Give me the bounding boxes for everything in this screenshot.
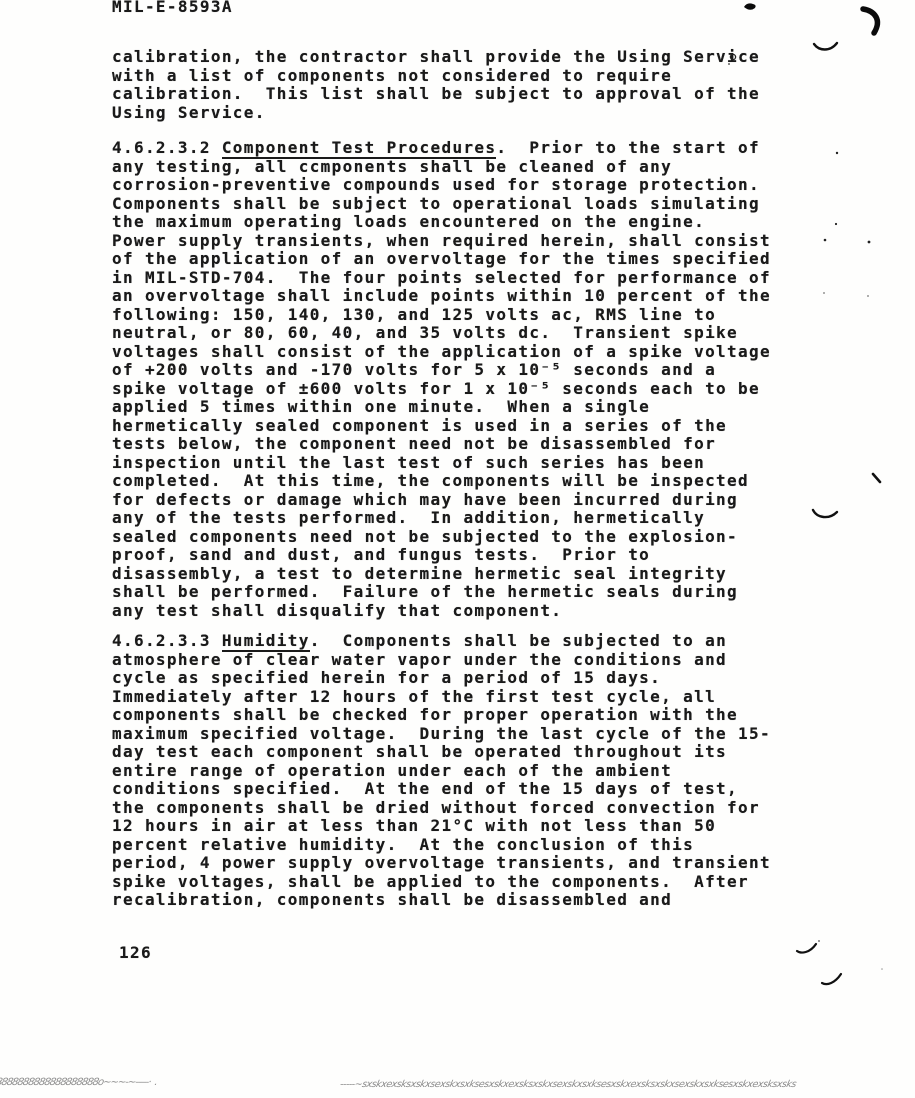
speck-dot-faint [823, 292, 825, 294]
section-body: . Components shall be subjected to an at… [112, 631, 771, 909]
pen-smile-mark-middle [813, 510, 837, 517]
paragraph-calibration-continuation: calibration, the contractor shall provid… [112, 48, 760, 122]
pen-curve-top-right [863, 9, 877, 33]
speck-dot [868, 241, 871, 244]
speck-dot-faint [881, 968, 883, 970]
pen-curve-bottom-right-1 [797, 944, 816, 953]
speck-dot [835, 223, 837, 225]
page-number: 126 [119, 944, 152, 963]
document-page: MIL-E-8593A calibration, the contractor … [0, 0, 915, 1098]
pen-tick-mark [873, 474, 880, 482]
pen-curve-bottom-right-2 [822, 974, 841, 984]
scan-artifact-scribble-left: 8888888888888888888o~~~-~-----· . [0, 1077, 197, 1088]
section-4-6-2-3-3: 4.6.2.3.3 Humidity. Components shall be … [112, 632, 771, 910]
document-id-header: MIL-E-8593A [112, 0, 233, 17]
section-body: . Prior to the start of any testing, all… [112, 138, 771, 620]
section-4-6-2-3-2: 4.6.2.3.2 Component Test Procedures. Pri… [112, 139, 771, 620]
speck-dot-faint [818, 940, 820, 942]
section-number: 4.6.2.3.3 [112, 631, 222, 650]
speck-dot-faint [867, 295, 869, 297]
speck-dot [824, 239, 827, 242]
section-number: 4.6.2.3.2 [112, 138, 222, 157]
ink-blob-mark [744, 3, 756, 9]
scan-artifact-scribble-right: -----~sxskxexsksxskxsexskxsxksesxskxexsk… [339, 1079, 915, 1090]
speck-dot [836, 152, 838, 154]
pen-smile-mark-upper [814, 43, 837, 50]
